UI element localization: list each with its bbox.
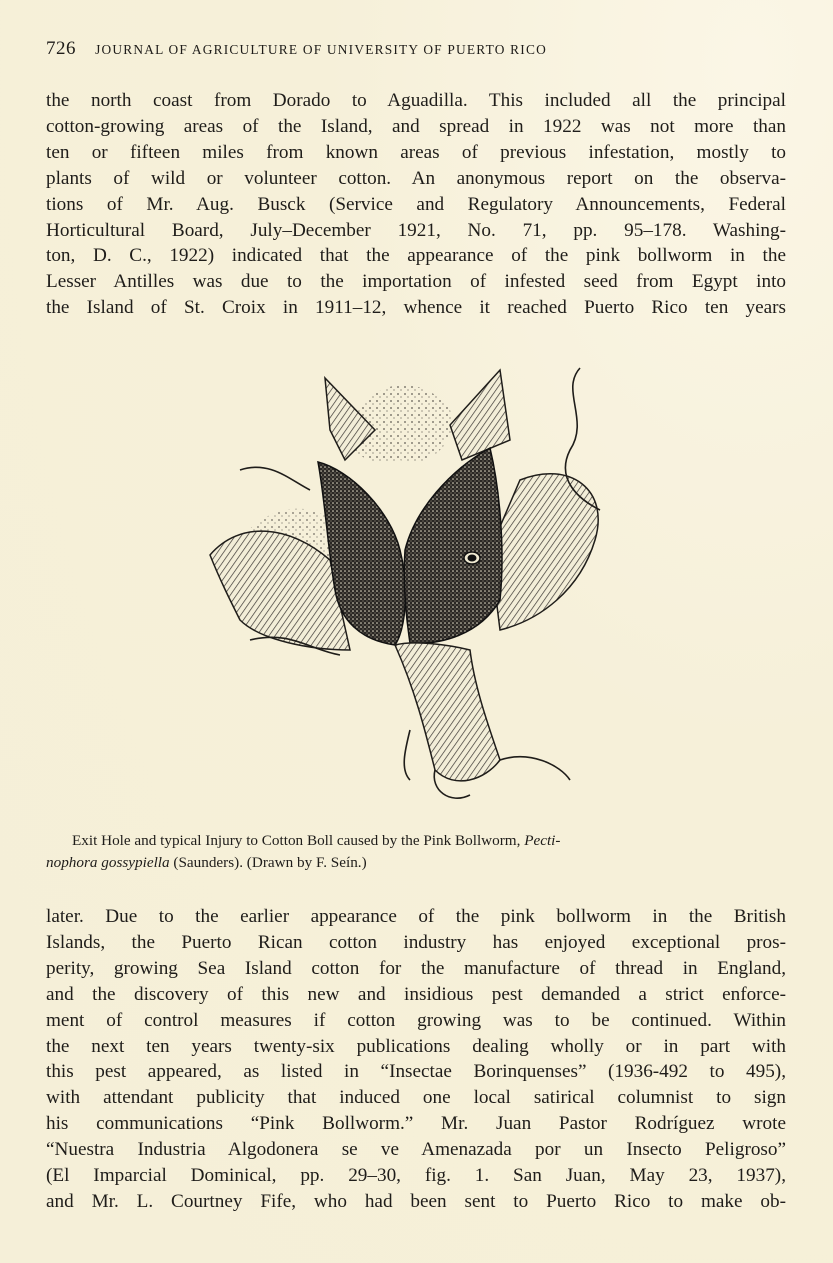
text-line: Islands, the Puerto Rican cotton industr… bbox=[46, 930, 786, 956]
text-line: his communications “Pink Bollworm.” Mr. … bbox=[46, 1111, 786, 1137]
caption-line-1: Exit Hole and typical Injury to Cotton B… bbox=[46, 830, 786, 852]
text-line: ton, D. C., 1922) indicated that the app… bbox=[46, 243, 786, 269]
text-line: ten or fifteen miles from known areas of… bbox=[46, 140, 786, 166]
caption-line-2: nophora gossypiella (Saunders). (Drawn b… bbox=[46, 852, 786, 874]
text-line: ment of control measures if cotton growi… bbox=[46, 1008, 786, 1034]
cotton-boll-drawing-icon bbox=[200, 350, 650, 810]
text-line: Lesser Antilles was due to the importati… bbox=[46, 269, 786, 295]
text-line: with attendant publicity that induced on… bbox=[46, 1085, 786, 1111]
journal-page: 726 JOURNAL OF AGRICULTURE OF UNIVERSITY… bbox=[0, 0, 833, 1263]
figure-caption: Exit Hole and typical Injury to Cotton B… bbox=[46, 830, 786, 874]
caption-credit: (Saunders). (Drawn by F. Seín.) bbox=[170, 854, 367, 871]
text-line: the Island of St. Croix in 1911–12, when… bbox=[46, 295, 786, 321]
text-line: later. Due to the earlier appearance of … bbox=[46, 904, 786, 930]
text-line: cotton-growing areas of the Island, and … bbox=[46, 114, 786, 140]
text-line: the north coast from Dorado to Aguadilla… bbox=[46, 88, 786, 114]
paragraph-top: the north coast from Dorado to Aguadilla… bbox=[46, 88, 786, 321]
text-line: tions of Mr. Aug. Busck (Service and Reg… bbox=[46, 192, 786, 218]
text-line: (El Imparcial Dominical, pp. 29–30, fig.… bbox=[46, 1163, 786, 1189]
page-number: 726 bbox=[46, 38, 76, 59]
running-header: 726 JOURNAL OF AGRICULTURE OF UNIVERSITY… bbox=[46, 38, 547, 60]
cotton-boll-illustration bbox=[200, 350, 650, 810]
caption-species-italic: Pecti- bbox=[524, 832, 560, 849]
caption-species-italic: nophora gossypiella bbox=[46, 854, 170, 871]
text-line: Horticultural Board, July–December 1921,… bbox=[46, 218, 786, 244]
text-line: and Mr. L. Courtney Fife, who had been s… bbox=[46, 1189, 786, 1215]
text-line: this pest appeared, as listed in “Insect… bbox=[46, 1059, 786, 1085]
text-line: and the discovery of this new and insidi… bbox=[46, 982, 786, 1008]
text-line: “Nuestra Industria Algodonera se ve Amen… bbox=[46, 1137, 786, 1163]
text-line: plants of wild or volunteer cotton. An a… bbox=[46, 166, 786, 192]
paragraph-bottom: later. Due to the earlier appearance of … bbox=[46, 904, 786, 1215]
text-line: perity, growing Sea Island cotton for th… bbox=[46, 956, 786, 982]
caption-text: Exit Hole and typical Injury to Cotton B… bbox=[72, 832, 524, 849]
running-title: JOURNAL OF AGRICULTURE OF UNIVERSITY OF … bbox=[95, 42, 547, 57]
text-line: the next ten years twenty-six publicatio… bbox=[46, 1034, 786, 1060]
